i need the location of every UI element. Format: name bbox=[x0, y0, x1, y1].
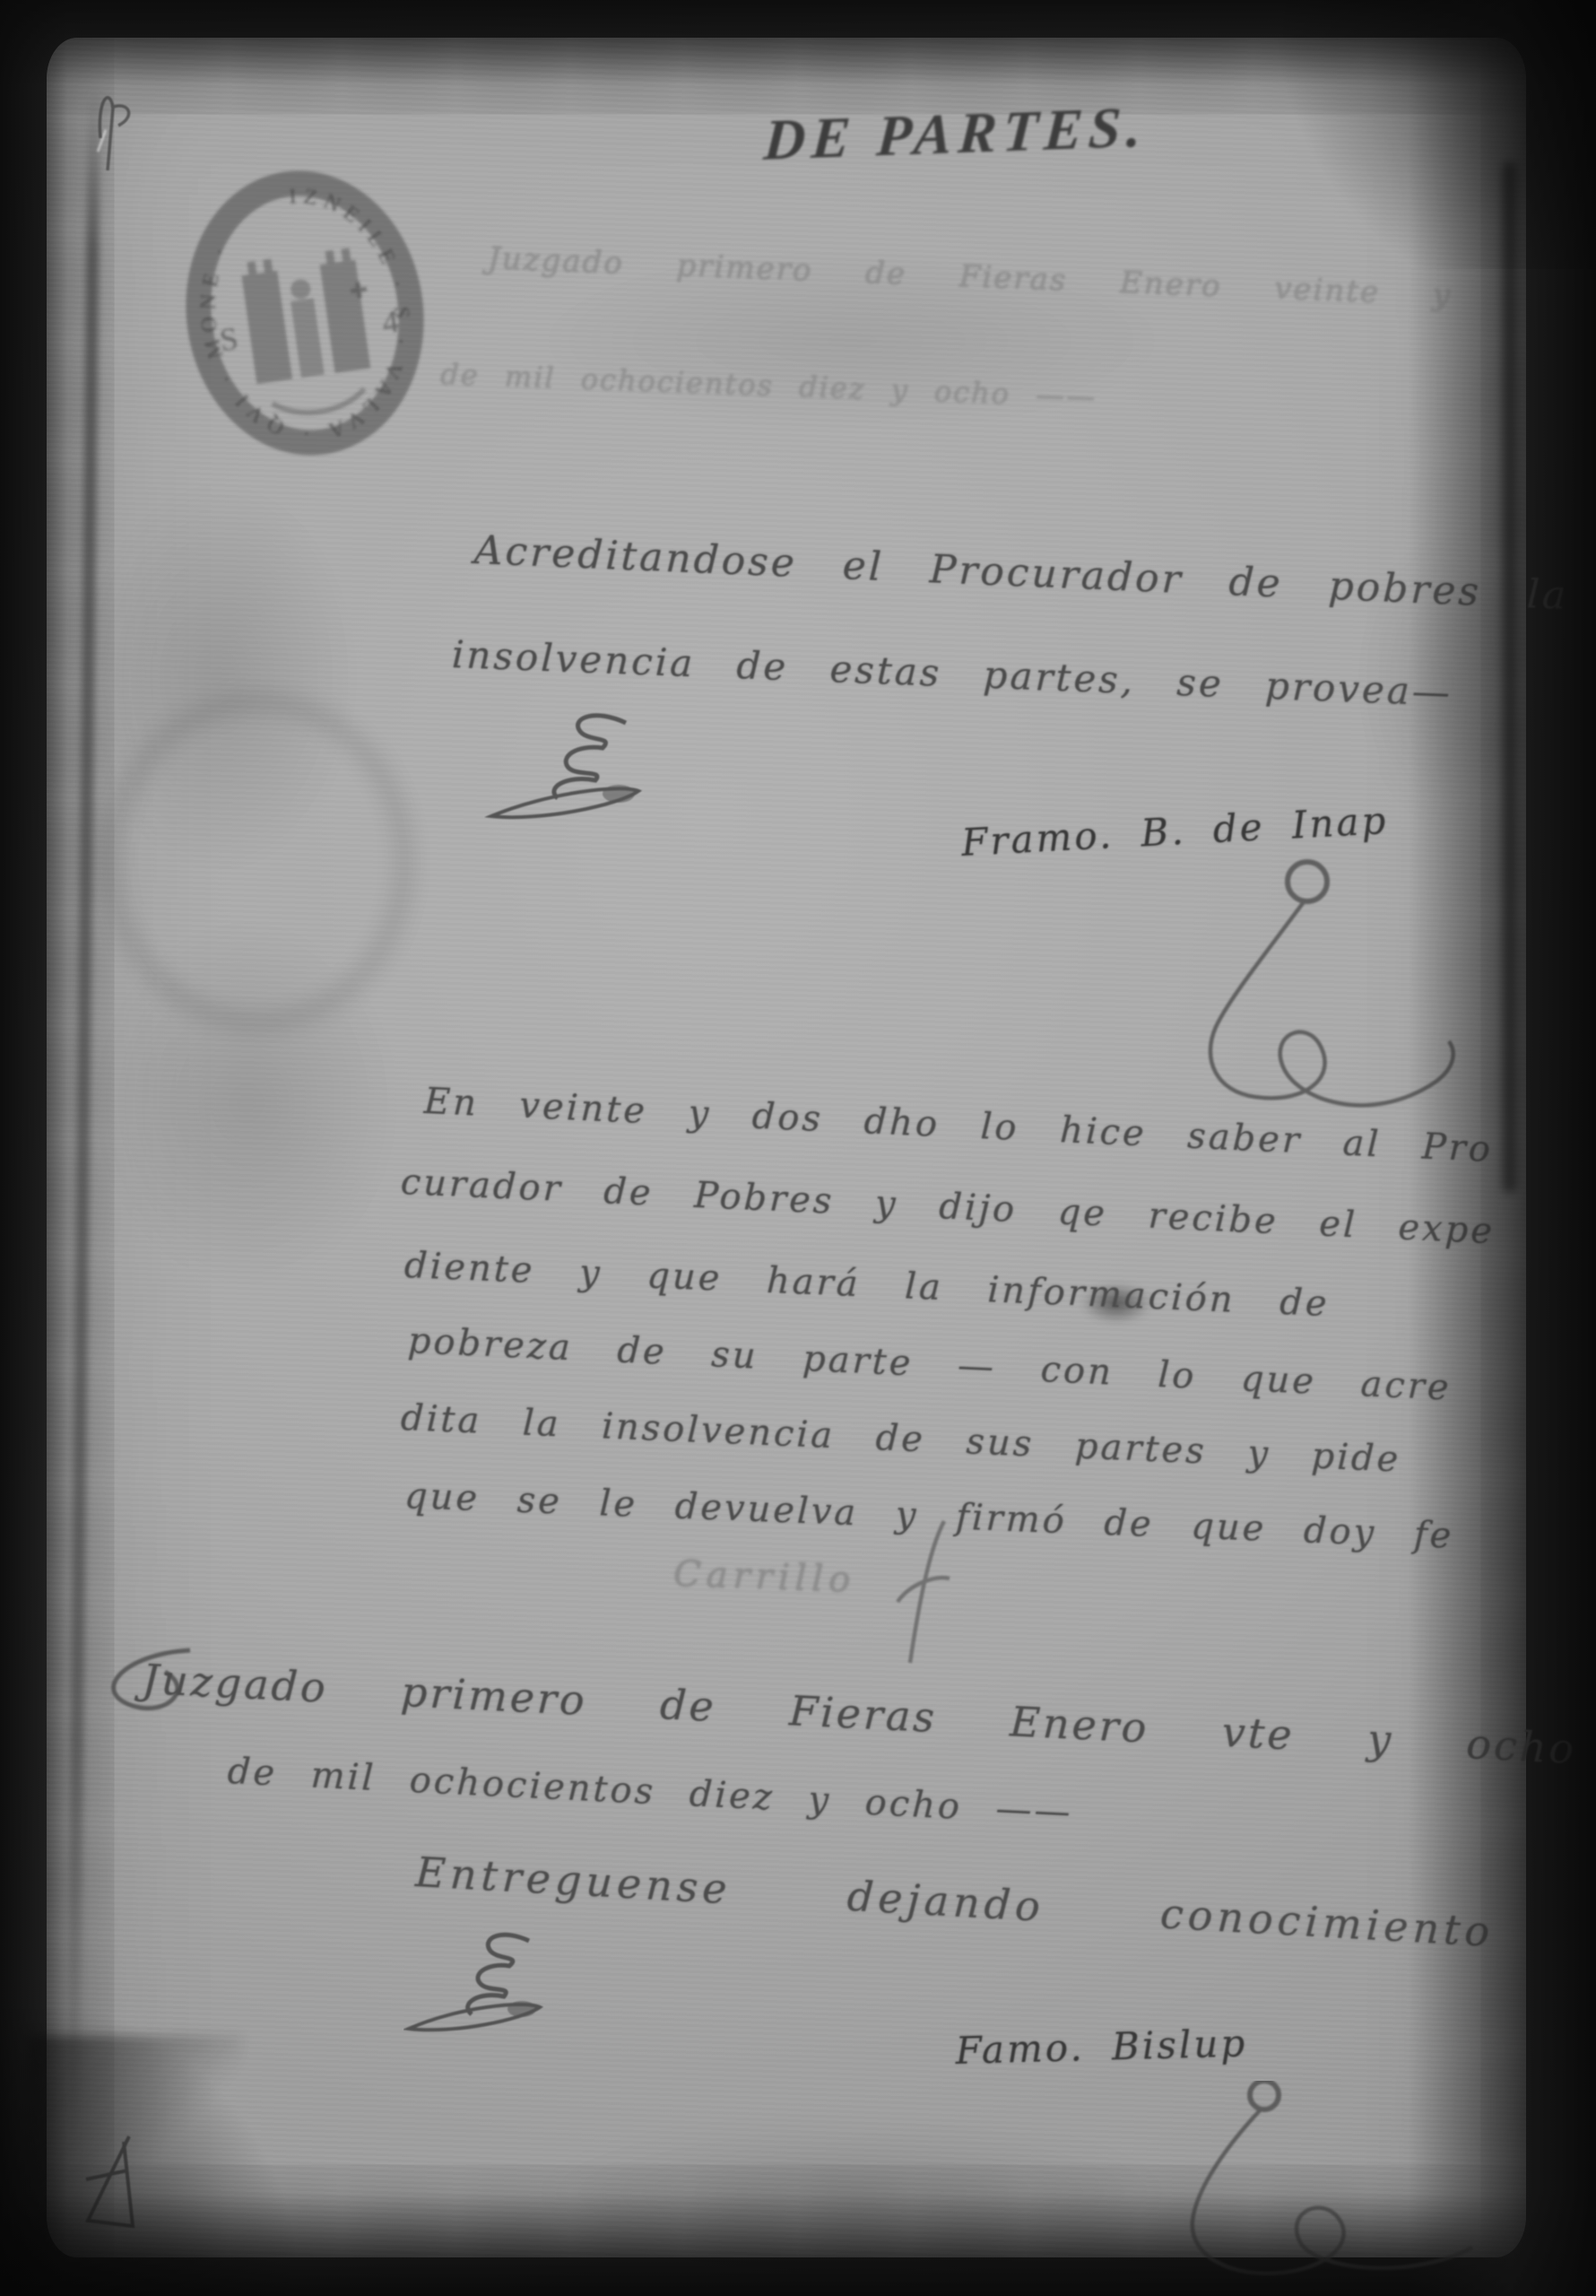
corner-doodle-icon bbox=[74, 2133, 150, 2236]
scanned-manuscript: DE PARTES. IZNEILE · S · VALVA · QVI · M… bbox=[0, 0, 1596, 2296]
clerk-signature-flourish-icon bbox=[892, 1516, 955, 1668]
rubric-flourish-icon bbox=[403, 1928, 596, 2049]
clerk-signature: Carrillo bbox=[672, 1553, 856, 1601]
pen-doodle-icon bbox=[81, 81, 145, 184]
official-seal-icon: IZNEILE · S · VALVA · QVI · MONE · S 4 bbox=[178, 163, 432, 463]
signature-flourish-icon bbox=[1130, 857, 1462, 1152]
rubric-flourish-icon bbox=[484, 709, 699, 839]
signature-flourish-icon bbox=[1157, 2081, 1506, 2292]
printed-stamp-de-partes: DE PARTES. bbox=[762, 93, 1150, 173]
judge-signature: Famo. Bislup bbox=[955, 2021, 1248, 2073]
seal-left-character: S bbox=[218, 320, 240, 358]
